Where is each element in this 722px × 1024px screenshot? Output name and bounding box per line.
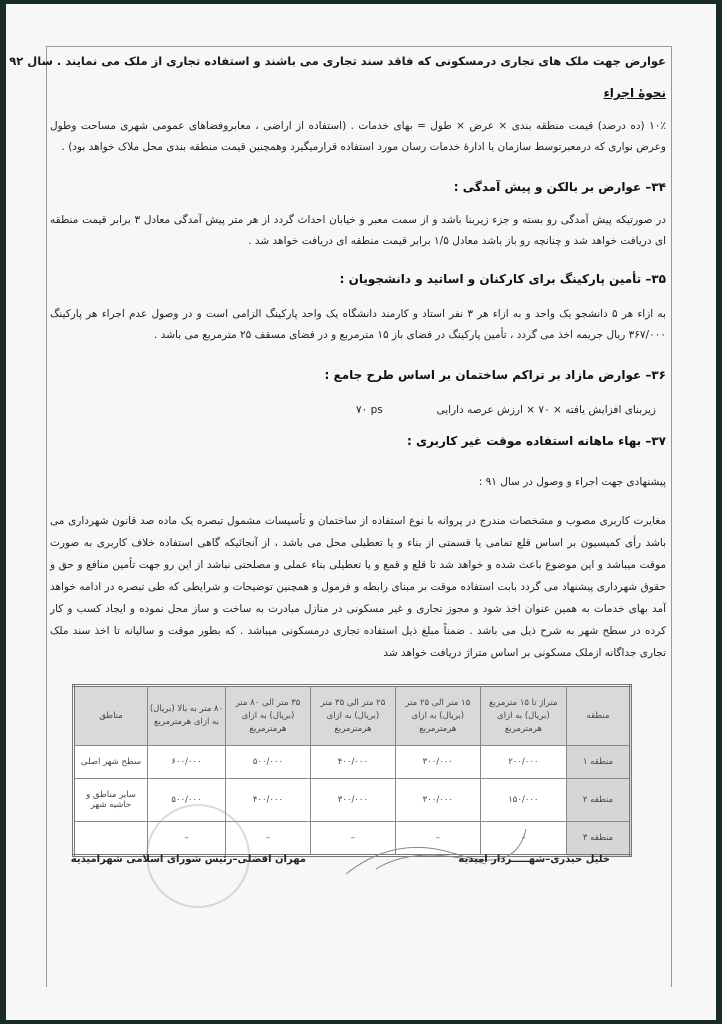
section-37-body: مغایرت کاربری مصوب و مشخصات مندرج در پرو… (50, 510, 666, 664)
section-37-heading: ۳۷– بهاء ماهانه استفاده موقت غیر کاربری … (407, 434, 666, 448)
table-header: ۱۵ متر الی ۲۵ متر (بریال) به ازای هرمترم… (395, 686, 480, 746)
mayor-signature: خلیل حیدری–شهـــــردار امیدیه (458, 854, 610, 865)
table-header: ۲۵ متر الی ۳۵ متر (بریال) به ازای هرمترم… (310, 686, 395, 746)
table-row: منطقه ۱ ۲۰۰/۰۰۰ ۳۰۰/۰۰۰ ۴۰۰/۰۰۰ ۵۰۰/۰۰۰ … (74, 746, 631, 779)
table-header: ۸۰ متر به بالا (بریال) به ازای هرمترمربع (148, 686, 226, 746)
table-cell: ۱۵۰/۰۰۰ (480, 779, 566, 822)
table-row: منطقه ۲ ۱۵۰/۰۰۰ ۳۰۰/۰۰۰ ۳۰۰/۰۰۰ ۴۰۰/۰۰۰ … (74, 779, 631, 822)
table-cell: ۲۰۰/۰۰۰ (480, 746, 566, 779)
table-header: منطقه (567, 686, 631, 746)
table-cell: منطقه ۳ (567, 822, 631, 856)
section-37-subheading: پیشنهادی جهت اجراء و وصول در سال ۹۱ : (479, 472, 666, 493)
section-35-body: به ازاء هر ۵ دانشجو یک واحد و به ازاء هر… (50, 304, 666, 346)
table-cell: سایر مناطق و حاشیه شهر (74, 779, 148, 822)
table-cell: منطقه ۱ (567, 746, 631, 779)
table-cell: ۴۰۰/۰۰۰ (310, 746, 395, 779)
table-cell: ۳۰۰/۰۰۰ (395, 746, 480, 779)
table-header-row: منطقه متراژ تا ۱۵ مترمربع (بریال) به ازا… (74, 686, 631, 746)
table-cell: منطقه ۲ (567, 779, 631, 822)
table-cell: ۶۰۰/۰۰۰ (148, 746, 226, 779)
section-36-formula: زیربنای افزایش یافته × ۷۰ × ارزش عرصه دا… (436, 400, 656, 421)
table-cell: سطح شهر اصلی (74, 746, 148, 779)
section-34-heading: ۳۴– عوارض بر بالکن و پیش آمدگی : (454, 180, 666, 194)
section-35-heading: ۳۵– تأمین پارکینگ برای کارکنان و اساتید … (340, 272, 666, 286)
document-page: عوارض جهت ملک های تجاری درمسکونی که فاقد… (6, 4, 716, 1020)
document-title: عوارض جهت ملک های تجاری درمسکونی که فاقد… (9, 54, 666, 68)
table-cell: ۴۰۰/۰۰۰ (226, 779, 311, 822)
table-cell (74, 822, 148, 856)
council-signature: مهران افضلی–رئیس شورای اسلامی شهرامیدیه (71, 854, 306, 865)
table-header: متراژ تا ۱۵ مترمربع (بریال) به ازای هرمت… (480, 686, 566, 746)
section-34-body: در صورتیکه پیش آمدگی رو بسته و جزء زیربن… (50, 210, 666, 252)
execution-heading: نحوهٔ اجراء (604, 86, 666, 100)
table-cell: ۳۰۰/۰۰۰ (310, 779, 395, 822)
section-36-heading: ۳۶– عوارض مازاد بر تراکم ساختمان بر اساس… (325, 368, 666, 382)
section-36-formula-code: ۷۰ ps (356, 400, 383, 421)
intro-paragraph: ۱۰٪ (ده درصد) قیمت منطقه بندی × عرض × طو… (50, 116, 666, 158)
table-cell: ۵۰۰/۰۰۰ (226, 746, 311, 779)
table-header: مناطق (74, 686, 148, 746)
table-cell: ۳۰۰/۰۰۰ (395, 779, 480, 822)
table-header: ۳۵ متر الی ۸۰ متر (بریال) به ازای هرمترم… (226, 686, 311, 746)
